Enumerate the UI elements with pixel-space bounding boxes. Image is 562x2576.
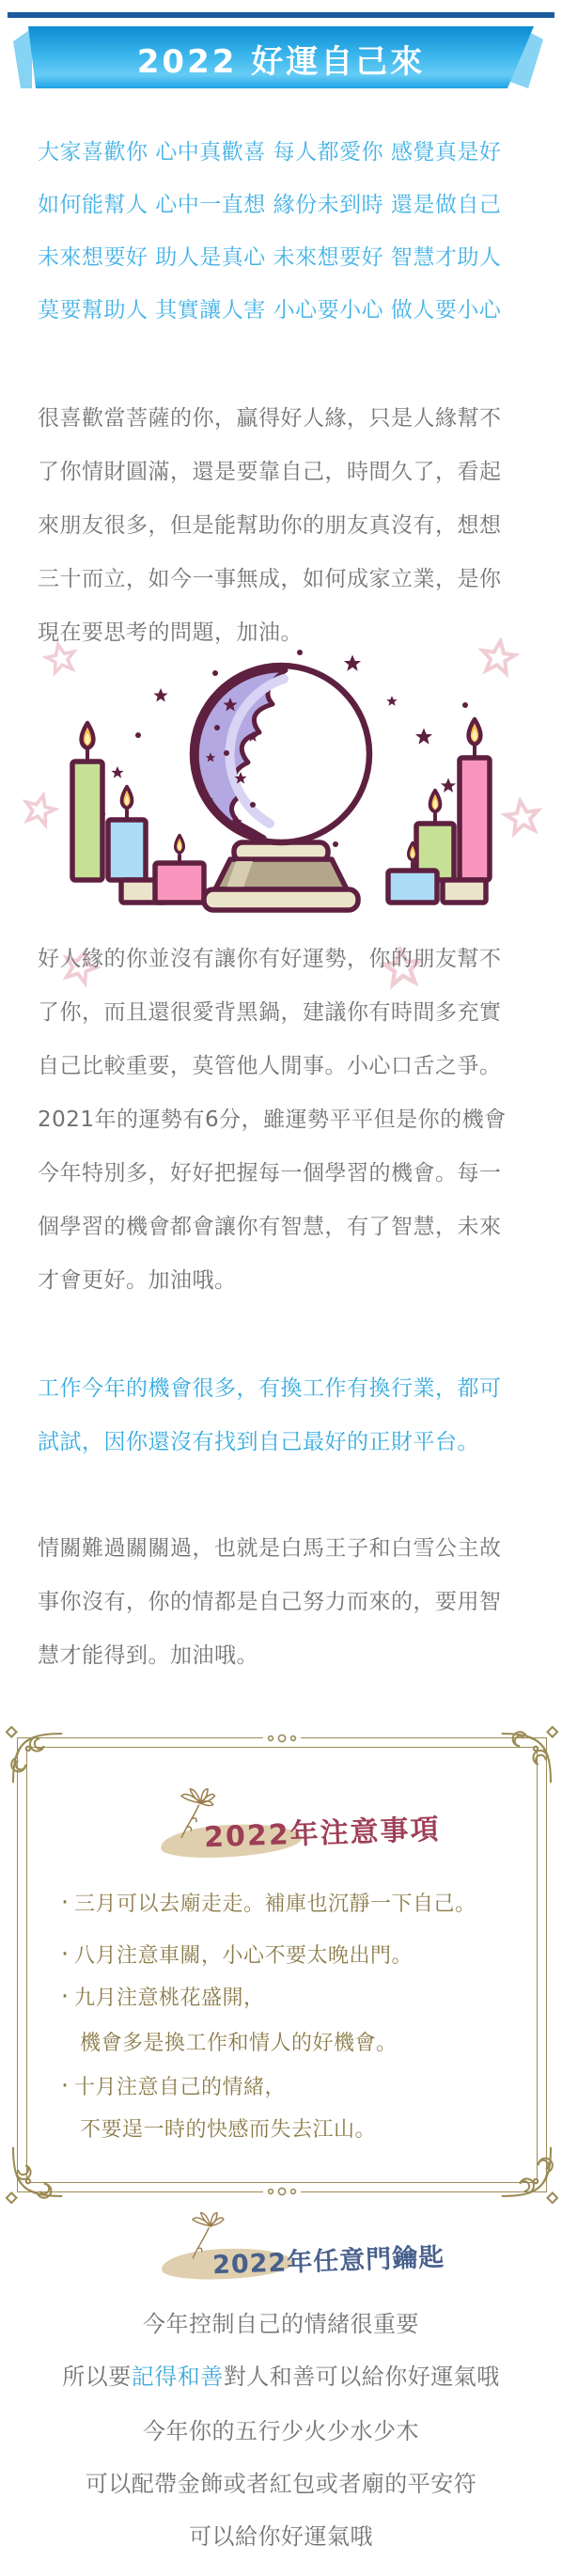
bullet-dot: · <box>57 2072 72 2100</box>
notice-box-title: 2022年注意事項 <box>203 1806 441 1856</box>
paragraph-fortune: 好人緣的你並沒有讓你有好運勢，你的朋友幫不 了你，而且還很愛背黑鍋，建議你有時間… <box>38 930 524 1305</box>
poem-line: 莫要幫助人 其實讓人害 小心要小心 做人要小心 <box>38 281 524 334</box>
paragraph-line: 個學習的機會都會讓你有智慧，有了智慧，未來 <box>38 1198 524 1251</box>
paragraph-line: 很喜歡當菩薩的你，贏得好人緣，只是人緣幫不 <box>38 389 524 443</box>
key-line: 可以給你好運氣哦 <box>0 2518 562 2550</box>
poem-line: 未來想要好 助人是真心 未來想要好 智慧才助人 <box>38 228 524 281</box>
candle-pink-small <box>155 863 204 903</box>
paragraph-personality: 很喜歡當菩薩的你，贏得好人緣，只是人緣幫不 了你情財圓滿，還是要靠自己，時間久了… <box>38 389 524 657</box>
border-ornament <box>263 1732 301 1745</box>
notice-item: 八月注意車關，小心不要太晚出門。 <box>74 1938 413 1970</box>
paragraph-line: 才會更好。加油哦。 <box>38 1251 524 1305</box>
paragraph-line: 自己比較重要，莫管他人閒事。小心口舌之爭。 <box>38 1037 524 1091</box>
paragraph-line: 試試，因你還沒有找到自己最好的正財平台。 <box>38 1413 524 1467</box>
candles-left <box>72 723 204 903</box>
bullet-dot: · <box>57 1983 72 2011</box>
corner-flourish-icon <box>6 1726 64 1784</box>
paragraph-line: 了你情財圓滿，還是要靠自己，時間久了，看起 <box>38 443 524 496</box>
notice-item: 十月注意自己的情緒， <box>74 2069 286 2101</box>
key-line-prefix: 所以要 <box>62 2358 132 2391</box>
paragraph-line: 2021年的運勢有6分，雖運勢平平但是你的機會 <box>38 1091 524 1144</box>
notice-item-continued: 機會多是換工作和情人的好機會。 <box>80 2025 398 2057</box>
page-title: 2022 好運自己來 <box>0 32 562 85</box>
paragraph-line: 三十而立，如今一事無成，如何成家立業，是你 <box>38 550 524 604</box>
bullet-dot: · <box>57 1940 72 1969</box>
key-line: 今年你的五行少火少水少木 <box>0 2412 562 2444</box>
corner-flourish-icon <box>500 1726 558 1784</box>
corner-flourish-icon <box>500 2145 558 2204</box>
candle-cream-small <box>443 880 486 903</box>
paragraph-line: 好人緣的你並沒有讓你有好運勢，你的朋友幫不 <box>38 930 524 983</box>
border-ornament <box>263 2185 301 2198</box>
notice-box: 2022年注意事項 · 三月可以去廟走走。補庫也沉靜一下自己。 · 八月注意車關… <box>17 1737 547 2192</box>
paragraph-line: 慧才能得到。加油哦。 <box>38 1626 524 1680</box>
notice-item: 九月注意桃花盛開， <box>74 1980 265 2012</box>
paragraph-line: 今年特別多，好好把握每一個學習的機會。每一 <box>38 1144 524 1198</box>
notice-item-continued: 不要逞一時的快感而失去江山。 <box>80 2112 376 2144</box>
candle-blue-mid <box>108 820 146 880</box>
page: 2022 好運自己來 大家喜歡你 心中真歡喜 每人都愛你 感覺真是好 如何能幫人… <box>0 0 562 2576</box>
key-line: 可以配帶金飾或者紅包或者廟的平安符 <box>0 2465 562 2497</box>
poem-line: 如何能幫人 心中一直想 緣份未到時 還是做自己 <box>38 176 524 228</box>
notice-item: 三月可以去廟走走。補庫也沉靜一下自己。 <box>74 1886 476 1918</box>
paragraph-love: 情關難過關關過，也就是白馬王子和白雪公主故 事你沒有，你的情都是自己努力而來的，… <box>38 1519 524 1680</box>
poem-section: 大家喜歡你 心中真歡喜 每人都愛你 感覺真是好 如何能幫人 心中一直想 緣份未到… <box>38 123 524 334</box>
candle-blue-small <box>388 871 437 903</box>
paragraph-line: 了你，而且還很愛背黑鍋，建議你有時間多充實 <box>38 983 524 1037</box>
key-section-title: 2022年任意門鑰匙 <box>211 2237 445 2282</box>
poem-line: 大家喜歡你 心中真歡喜 每人都愛你 感覺真是好 <box>38 123 524 176</box>
candle-green-tall <box>72 762 102 880</box>
corner-flourish-icon <box>6 2145 64 2204</box>
crystal-ball-base <box>204 842 358 910</box>
key-line-highlight: 記得和善 <box>132 2358 224 2391</box>
paragraph-line: 來朋友很多，但是能幫助你的朋友真沒有，想想 <box>38 496 524 550</box>
candles-right <box>388 719 490 903</box>
crystal-ball-illustration <box>18 645 544 919</box>
key-line: 今年控制自己的情緒很重要 <box>0 2305 562 2337</box>
key-line: 所以要記得和善對人和善可以給你好運氣哦 <box>0 2358 562 2390</box>
bullet-dot: · <box>57 1889 72 1917</box>
paragraph-line: 事你沒有，你的情都是自己努力而來的，要用智 <box>38 1573 524 1626</box>
key-line-suffix: 對人和善可以給你好運氣哦 <box>224 2358 500 2391</box>
paragraph-line: 工作今年的機會很多，有換工作有換行業，都可 <box>38 1359 524 1413</box>
paragraph-work: 工作今年的機會很多，有換工作有換行業，都可 試試，因你還沒有找到自己最好的正財平… <box>38 1359 524 1467</box>
paragraph-line: 情關難過關關過，也就是白馬王子和白雪公主故 <box>38 1519 524 1573</box>
candle-pink-tall <box>460 758 490 880</box>
